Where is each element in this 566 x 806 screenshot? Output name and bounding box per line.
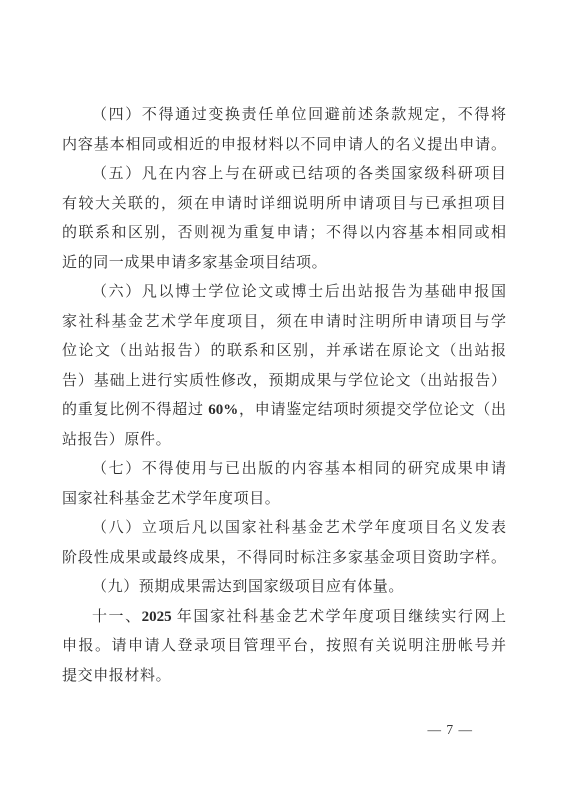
text-segment: ，申请鉴定结项时须提交学位论文（出 [238, 402, 506, 418]
text-line: （七）不得使用与已出版的内容基本相同的研究成果申请 [62, 455, 506, 485]
text-line: 家社科基金艺术学年度项目，须在申请时注明所申请项目与学 [62, 308, 506, 338]
document-page: （四）不得通过变换责任单位回避前述条款规定，不得将 内容基本相同或相近的申报材料… [0, 0, 566, 806]
text-line: 的联系和区别，否则视为重复申请；不得以内容基本相同或相 [62, 219, 506, 249]
text-line: 告）基础上进行实质性修改，预期成果与学位论文（出站报告） [62, 367, 506, 397]
text-line: （六）凡以博士学位论文或博士后出站报告为基础申报国 [62, 278, 506, 308]
text-line: 近的同一成果申请多家基金项目结项。 [62, 249, 506, 279]
document-body: （四）不得通过变换责任单位回避前述条款规定，不得将 内容基本相同或相近的申报材料… [62, 101, 506, 691]
text-line: 的重复比例不得超过 60%，申请鉴定结项时须提交学位论文（出 [62, 396, 506, 426]
text-line: 申报。请申请人登录项目管理平台，按照有关说明注册帐号并 [62, 632, 506, 662]
text-line: 位论文（出站报告）的联系和区别，并承诺在原论文（出站报 [62, 337, 506, 367]
text-segment: 的重复比例不得超过 [62, 402, 208, 418]
text-line: （四）不得通过变换责任单位回避前述条款规定，不得将 [62, 101, 506, 131]
text-line: 站报告）原件。 [62, 426, 506, 456]
text-segment: 年国家社科基金艺术学年度项目继续实行网上 [172, 609, 506, 625]
page-number: — 7 — [428, 721, 474, 739]
text-line: 提交申报材料。 [62, 662, 506, 692]
text-segment: 十一、 [92, 609, 142, 625]
text-line: 阶段性成果或最终成果，不得同时标注多家基金项目资助字样。 [62, 544, 506, 574]
text-line: （五）凡在内容上与在研或已结项的各类国家级科研项目 [62, 160, 506, 190]
percentage-value: 60% [208, 402, 238, 418]
text-line: 内容基本相同或相近的申报材料以不同申请人的名义提出申请。 [62, 131, 506, 161]
text-line: 国家社科基金艺术学年度项目。 [62, 485, 506, 515]
text-line: 有较大关联的，须在申请时详细说明所申请项目与已承担项目 [62, 190, 506, 220]
text-line: （八）立项后凡以国家社科基金艺术学年度项目名义发表 [62, 514, 506, 544]
text-line: 十一、2025 年国家社科基金艺术学年度项目继续实行网上 [62, 603, 506, 633]
text-line: （九）预期成果需达到国家级项目应有体量。 [62, 573, 506, 603]
year-value: 2025 [142, 609, 172, 625]
